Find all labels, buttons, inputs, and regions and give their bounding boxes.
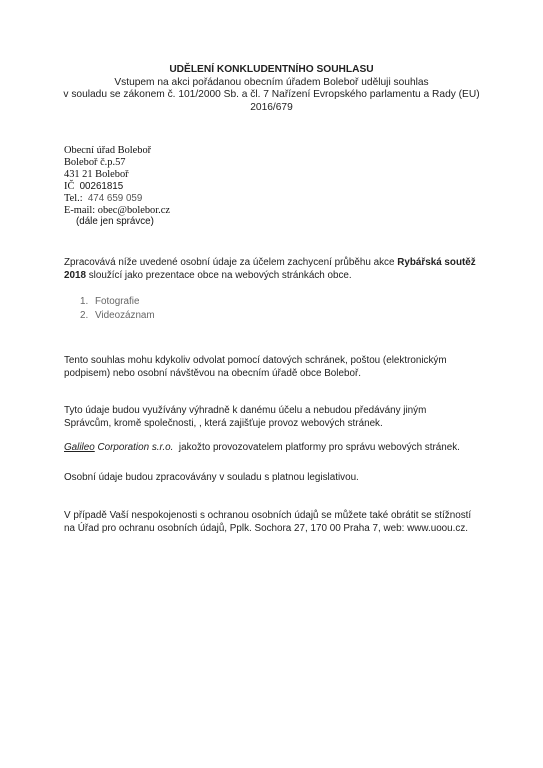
- header-line-1: Vstupem na akci pořádanou obecním úřadem…: [0, 77, 543, 90]
- usage-line-1: Tyto údaje budou využívány výhradně k da…: [64, 404, 494, 417]
- office-name: Obecní úřad Boleboř: [64, 145, 170, 157]
- event-name: Rybářská soutěž: [397, 257, 475, 268]
- document-title: UDĚLENÍ KONKLUDENTNÍHO SOUHLASU: [0, 64, 543, 77]
- city: 431 21 Boleboř: [64, 169, 170, 181]
- tel-value: 474 659 059: [88, 193, 142, 204]
- purpose-text: Zpracovává níže uvedené osobní údaje za …: [64, 257, 397, 268]
- revocation-paragraph: Tento souhlas mohu kdykoliv odvolat pomo…: [64, 354, 494, 380]
- revocation-line-1: Tento souhlas mohu kdykoliv odvolat pomo…: [64, 354, 494, 367]
- legislation-paragraph: Osobní údaje budou zpracovávány v soulad…: [64, 471, 494, 484]
- controller-note: (dále jen správce): [64, 216, 170, 228]
- street: Boleboř č.p.57: [64, 157, 170, 169]
- list-item: 1.Fotografie: [80, 295, 155, 309]
- purpose-text-end: sloužící jako prezentace obce na webovýc…: [86, 270, 352, 281]
- usage-paragraph: Tyto údaje budou využívány výhradně k da…: [64, 404, 494, 430]
- header-line-2: v souladu se zákonem č. 101/2000 Sb. a č…: [0, 89, 543, 102]
- complaint-paragraph: V případě Vaší nespokojenosti s ochranou…: [64, 509, 494, 535]
- list-item: 2.Videozáznam: [80, 309, 155, 323]
- tel-label: Tel.:: [64, 193, 83, 204]
- company-name-rest: Corporation s.r.o.: [95, 442, 174, 453]
- list-label: Fotografie: [95, 296, 139, 307]
- event-year: 2018: [64, 270, 86, 281]
- revocation-line-2: podpisem) nebo osobní návštěvou na obecn…: [64, 367, 494, 380]
- list-number: 2.: [80, 309, 95, 323]
- processor-paragraph: Galileo Corporation s.r.o. jakožto provo…: [64, 441, 494, 454]
- document-page: UDĚLENÍ KONKLUDENTNÍHO SOUHLASU Vstupem …: [0, 0, 543, 768]
- complaint-line-2: na Úřad pro ochranu osobních údajů, Pplk…: [64, 522, 494, 535]
- list-label: Videozáznam: [95, 310, 155, 321]
- tel-line: Tel.: 474 659 059: [64, 193, 170, 205]
- ic-label: IČ: [64, 181, 74, 192]
- header-line-3: 2016/679: [0, 102, 543, 115]
- purpose-paragraph: Zpracovává níže uvedené osobní údaje za …: [64, 256, 494, 282]
- company-name-underlined: Galileo: [64, 442, 95, 453]
- data-types-list: 1.Fotografie 2.Videozáznam: [80, 295, 155, 323]
- list-number: 1.: [80, 295, 95, 309]
- document-header: UDĚLENÍ KONKLUDENTNÍHO SOUHLASU Vstupem …: [0, 64, 543, 114]
- usage-line-2: Správcům, kromě společnosti, , která zaj…: [64, 417, 494, 430]
- complaint-line-1: V případě Vaší nespokojenosti s ochranou…: [64, 509, 494, 522]
- controller-address: Obecní úřad Boleboř Boleboř č.p.57 431 2…: [64, 145, 170, 228]
- processor-text: jakožto provozovatelem platformy pro spr…: [173, 442, 460, 453]
- email-label: E-mail:: [64, 205, 95, 216]
- email-value: obec@bolebor.cz: [98, 205, 170, 216]
- ic-value: 00261815: [80, 181, 124, 192]
- email-line: E-mail: obec@bolebor.cz: [64, 205, 170, 217]
- ic-line: IČ 00261815: [64, 181, 170, 193]
